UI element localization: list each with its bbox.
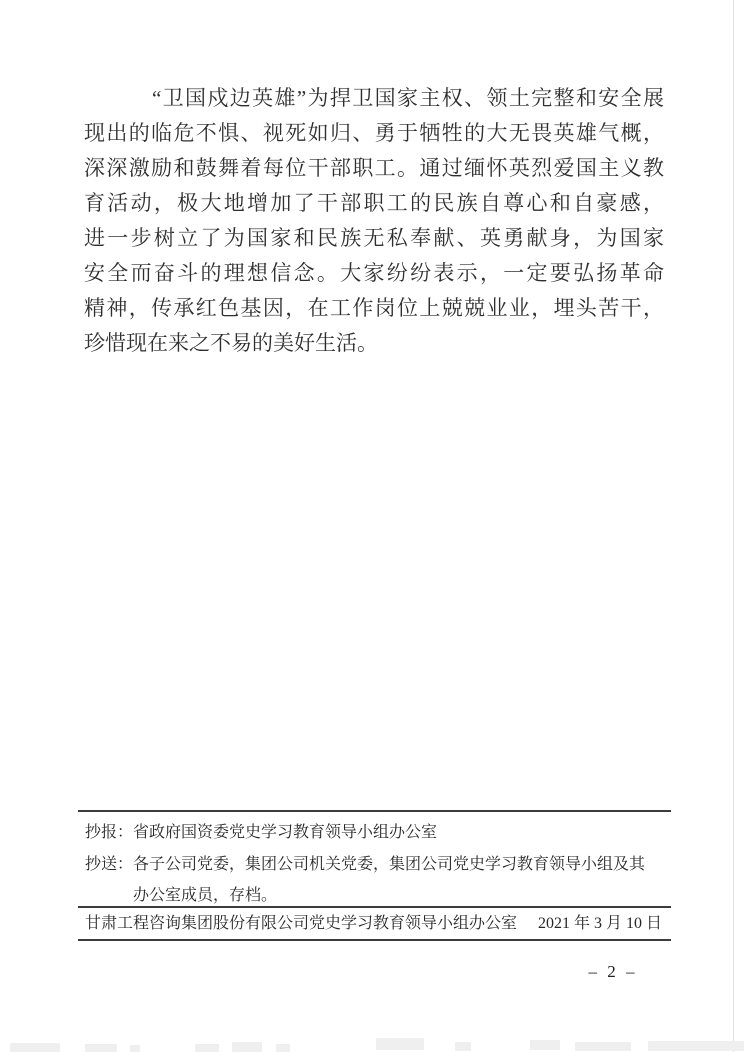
issuer-name: 甘肃工程咨询集团股份有限公司党史学习教育领导小组办公室 xyxy=(85,913,517,935)
scan-artifact xyxy=(10,1043,60,1052)
body-paragraph: “卫国戍边英雄”为捍卫国家主权、领土完整和安全展现出的临危不惧、视死如归、勇于牺… xyxy=(84,81,664,361)
scan-artifact xyxy=(232,1042,262,1052)
copy-report-value: 省政府国资委党史学习教育领导小组办公室 xyxy=(133,824,437,841)
scan-artifact xyxy=(195,1044,219,1052)
footer-rule-middle xyxy=(78,906,671,908)
copy-send-value: 各子公司党委，集团公司机关党委，集团公司党史学习教育领导小组及其 xyxy=(133,856,645,873)
copy-report-row: 抄报：省政府国资委党史学习教育领导小组办公室 xyxy=(85,822,671,844)
paragraph-line: 现出的临危不惧、视死如归、勇于牺牲的大无畏英雄气概， xyxy=(84,116,664,151)
paragraph-line: 精神，传承红色基因，在工作岗位上兢兢业业，埋头苦干， xyxy=(84,291,664,326)
issuer-row: 甘肃工程咨询集团股份有限公司党史学习教育领导小组办公室 2021 年 3 月 1… xyxy=(85,913,662,935)
scan-artifact xyxy=(455,1042,471,1051)
document-page: “卫国戍边英雄”为捍卫国家主权、领土完整和安全展现出的临危不惧、视死如归、勇于牺… xyxy=(0,0,744,1052)
copy-send-value-line2: 办公室成员，存档。 xyxy=(133,887,277,904)
issue-date: 2021 年 3 月 10 日 xyxy=(538,913,662,935)
paragraph-line: 安全而奋斗的理想信念。大家纷纷表示，一定要弘扬革命 xyxy=(84,256,664,291)
scan-artifact xyxy=(575,1042,631,1051)
page-number: – 2 – xyxy=(558,962,668,982)
paragraph-line: 深深激励和鼓舞着每位干部职工。通过缅怀英烈爱国主义教 xyxy=(84,151,664,186)
copy-send-continuation: 办公室成员，存档。 xyxy=(85,885,719,907)
paragraph-line: 育活动，极大地增加了干部职工的民族自尊心和自豪感， xyxy=(84,186,664,221)
copy-send-label: 抄送： xyxy=(85,856,133,873)
scan-artifact xyxy=(530,1040,560,1050)
page-edge-shadow xyxy=(733,0,734,1052)
scan-artifact xyxy=(85,1044,117,1052)
scan-artifact xyxy=(276,1044,290,1052)
footer-rule-top xyxy=(78,810,671,812)
scan-artifact xyxy=(130,1045,140,1052)
footer-rule-bottom xyxy=(78,939,671,941)
paragraph-line: 珍惜现在来之不易的美好生活。 xyxy=(84,326,664,361)
paragraph-line: “卫国戍边英雄”为捍卫国家主权、领土完整和安全展 xyxy=(84,81,664,116)
copy-report-label: 抄报： xyxy=(85,824,133,841)
copy-send-row: 抄送：各子公司党委，集团公司机关党委，集团公司党史学习教育领导小组及其 xyxy=(85,854,671,876)
scan-artifact xyxy=(648,1041,744,1051)
scan-artifact xyxy=(376,1038,424,1050)
paragraph-line: 进一步树立了为国家和民族无私奉献、英勇献身，为国家 xyxy=(84,221,664,256)
